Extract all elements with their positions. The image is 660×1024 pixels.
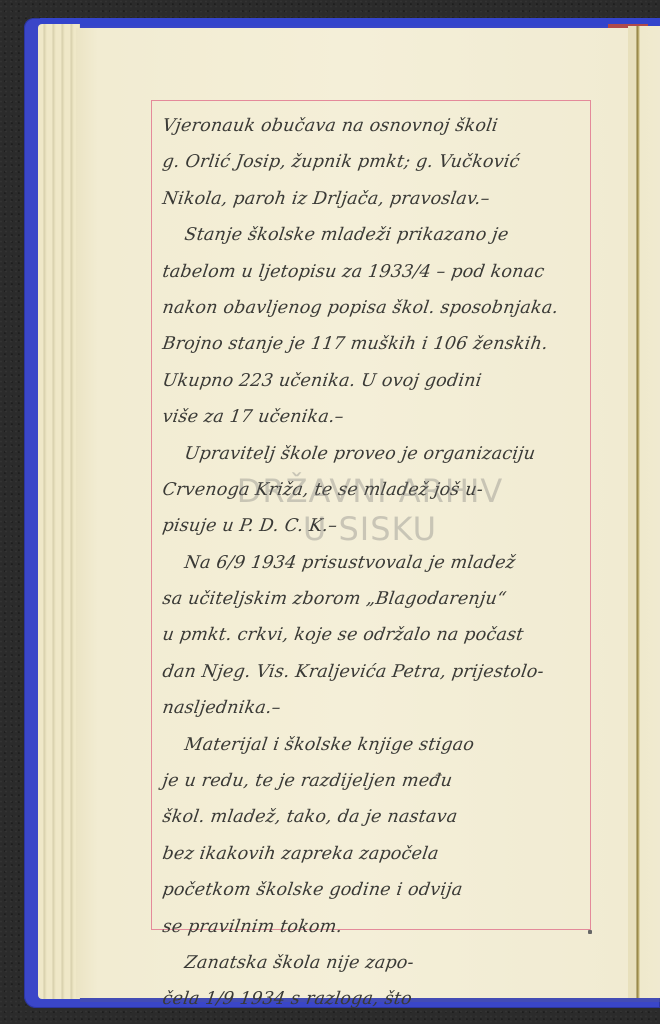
text-line: Materijal i školske knjige stigao	[160, 727, 595, 763]
text-line: nakon obavljenog popisa škol. sposobnjak…	[160, 290, 595, 326]
text-line: se pravilnim tokom.	[160, 909, 595, 945]
scanned-book-page: Vjeronauk obučava na osnovnoj školi g. O…	[0, 0, 660, 1024]
text-line: je u redu, te je razdijeljen među	[160, 763, 595, 799]
text-line: Zanatska škola nije zapo-	[160, 945, 595, 981]
page-edges	[38, 24, 80, 999]
text-line: Crvenoga Križa, te se mladež još u-	[160, 472, 595, 508]
text-line: čela 1/9 1934 s razloga, što	[160, 981, 595, 1017]
text-line: Ukupno 223 učenika. U ovoj godini	[160, 363, 595, 399]
text-line: dan Njeg. Vis. Kraljevića Petra, prijest…	[160, 654, 595, 690]
text-line: škol. mladež, tako, da je nastava	[160, 799, 595, 835]
text-line: bez ikakovih zapreka započela	[160, 836, 595, 872]
text-line: Stanje školske mladeži prikazano je	[160, 217, 595, 253]
text-line: pisuje u P. D. C. K.–	[160, 508, 595, 544]
text-line: Na 6/9 1934 prisustvovala je mladež	[160, 545, 595, 581]
cover-top-edge	[40, 18, 660, 26]
handwritten-text: Vjeronauk obučava na osnovnoj školi g. O…	[160, 108, 590, 1018]
text-line: Vjeronauk obučava na osnovnoj školi	[160, 108, 595, 144]
text-line: Upravitelj škole proveo je organizaciju	[160, 436, 595, 472]
text-line: u pmkt. crkvi, koje se održalo na počast	[160, 617, 595, 653]
text-line: Nikola, paroh iz Drljača, pravoslav.–	[160, 181, 595, 217]
page-gutter	[628, 26, 660, 998]
text-line: g. Orlić Josip, župnik pmkt; g. Vučković	[160, 144, 595, 180]
text-line: početkom školske godine i odvija	[160, 872, 595, 908]
text-line: tabelom u ljetopisu za 1933/4 – pod kona…	[160, 254, 595, 290]
text-line: više za 17 učenika.–	[160, 399, 595, 435]
text-line: Brojno stanje je 117 muških i 106 ženski…	[160, 326, 595, 362]
text-line: sa učiteljskim zborom „Blagodarenju“	[160, 581, 595, 617]
text-line: nasljednika.–	[160, 690, 595, 726]
